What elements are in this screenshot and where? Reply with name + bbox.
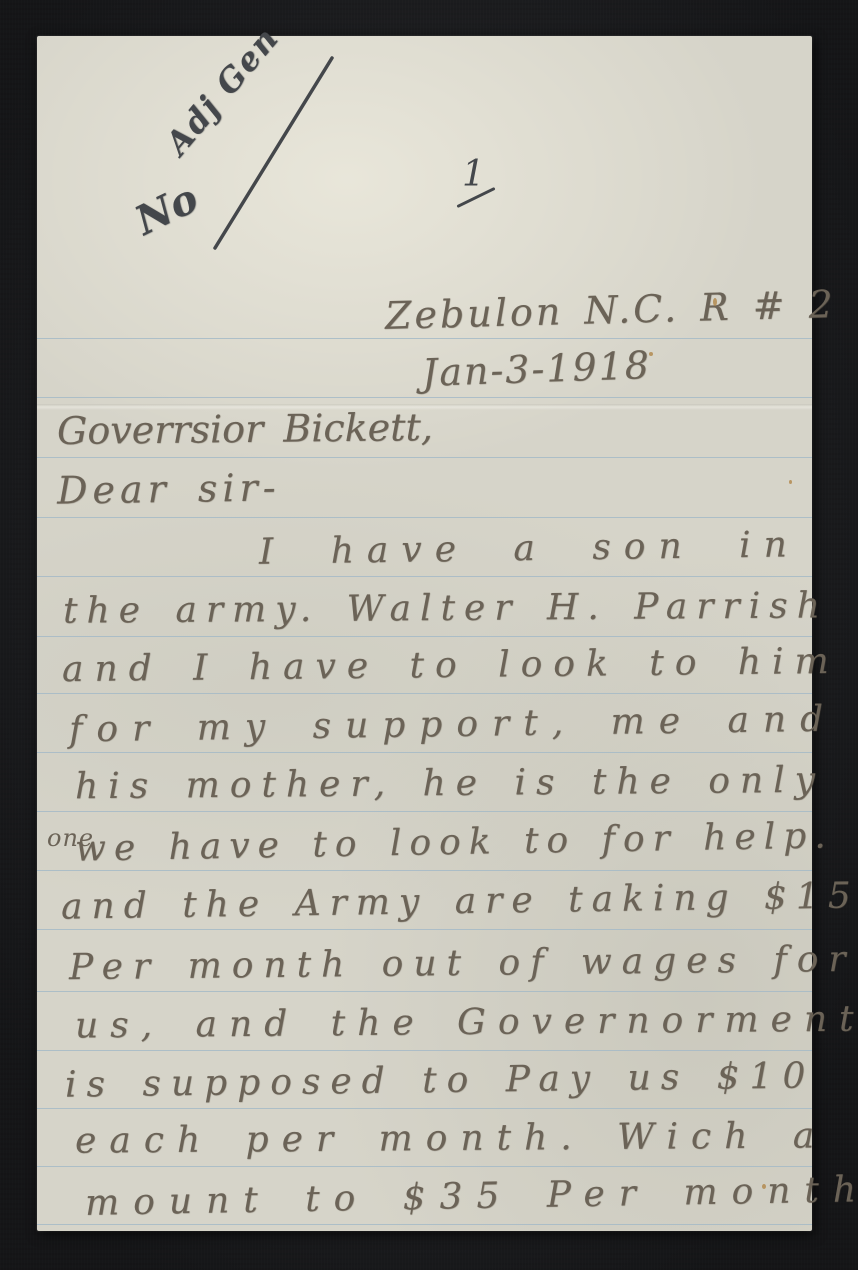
ruled-line bbox=[37, 870, 812, 871]
ruled-line bbox=[37, 517, 812, 518]
annotation-text-upper: Adj Gen bbox=[158, 19, 287, 162]
ruled-line bbox=[37, 991, 812, 992]
handwriting-line: is supposed to Pay us $10 bbox=[65, 1055, 816, 1105]
ruled-line bbox=[37, 1224, 812, 1225]
ruled-line bbox=[37, 811, 812, 812]
ruled-line bbox=[37, 636, 812, 637]
paper-speck bbox=[649, 352, 653, 356]
ruled-line bbox=[37, 1166, 812, 1167]
ruled-line bbox=[37, 457, 812, 458]
handwriting-line: his mother, he is the only bbox=[75, 760, 825, 808]
handwriting-line: and the Army are taking $15 bbox=[61, 875, 858, 927]
ruled-line bbox=[37, 752, 812, 753]
handwriting-line: Jan-3-1918 bbox=[421, 343, 651, 395]
inserted-word-one: one bbox=[47, 824, 94, 852]
ruled-line bbox=[37, 1050, 812, 1051]
handwriting-line: each per month. Wich a bbox=[75, 1115, 828, 1161]
ruled-line bbox=[37, 1108, 812, 1109]
handwriting-line: mount to $35 Per month bbox=[85, 1169, 858, 1224]
handwriting-line: Goverrsior Bickett, bbox=[57, 405, 433, 453]
handwriting-line: Per month out of wages for bbox=[69, 939, 856, 988]
paper-speck bbox=[713, 298, 717, 306]
ruled-line bbox=[37, 693, 812, 694]
page-number-mark: 1 bbox=[462, 154, 485, 195]
ruled-line bbox=[37, 576, 812, 577]
handwriting-line: the army. Walter H. Parrish bbox=[63, 585, 829, 631]
handwriting-line: Zebulon N.C. R # 2 bbox=[385, 282, 837, 338]
letter-page: Adj Gen No 1 Zebulon N.C. R # 2Jan-3-191… bbox=[37, 36, 812, 1231]
handwriting-line: and I have to look to him bbox=[62, 641, 840, 690]
paper-speck bbox=[762, 1184, 766, 1189]
paper-speck bbox=[789, 480, 792, 484]
ruled-line bbox=[37, 338, 812, 339]
handwriting-line: for my support, me and bbox=[69, 699, 838, 751]
handwriting-line: I have a son in bbox=[259, 524, 800, 573]
ruled-line bbox=[37, 929, 812, 930]
handwriting-line: Dear sir- bbox=[57, 465, 281, 512]
ruled-line bbox=[37, 397, 812, 398]
handwriting-line: we have to look to for help. bbox=[75, 815, 834, 869]
handwriting-line: us, and the Governorment bbox=[75, 999, 858, 1047]
annotation-text-lower: No bbox=[128, 175, 205, 245]
